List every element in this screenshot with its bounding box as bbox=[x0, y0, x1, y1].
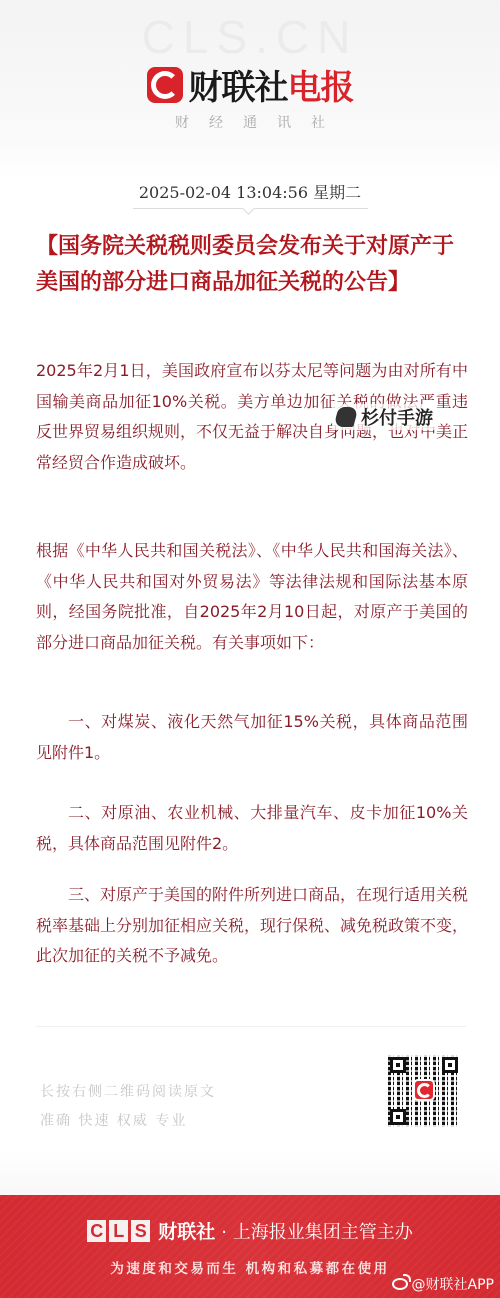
banner-brand-row: C L S 财联社 · 上海报业集团主管主办 bbox=[0, 1217, 500, 1244]
cls-letter: S bbox=[131, 1220, 150, 1242]
brand-subtitle: 财经通讯社 bbox=[0, 112, 500, 132]
qr-hint: 长按右侧二维码阅读原文 bbox=[40, 1081, 216, 1101]
article-headline: 【国务院关税税则委员会发布关于对原产于美国的部分进口商品加征关税的公告】 bbox=[36, 228, 468, 300]
brand-title: 财联社电报 bbox=[189, 60, 354, 109]
overlay-watermark-text: 杉付手游 bbox=[361, 404, 433, 430]
article-body-4: 二、对原油、农业机械、大排量汽车、皮卡加征10%关税，具体商品范围见附件2。 bbox=[36, 798, 468, 859]
article-body-3: 一、对煤炭、液化天然气加征15%关税，具体商品范围见附件1。 bbox=[36, 707, 468, 768]
banner-org: · 上海报业集团主管主办 bbox=[221, 1218, 412, 1244]
publish-datetime: 2025-02-04 13:04:56 星期二 bbox=[0, 180, 500, 203]
cls-c-logo-icon bbox=[413, 1079, 435, 1101]
brand-header: 财联社电报 bbox=[0, 60, 500, 109]
qr-code-icon[interactable] bbox=[388, 1055, 460, 1127]
cls-c-logo-icon bbox=[147, 67, 183, 103]
shanfu-logo-icon bbox=[333, 407, 358, 427]
cls-letter-logo: C L S bbox=[87, 1220, 150, 1242]
paragraph-item-3: 三、对原产于美国的附件所列进口商品，在现行适用关税税率基础上分别加征相应关税，现… bbox=[36, 880, 468, 972]
paragraph-item-1: 一、对煤炭、液化天然气加征15%关税，具体商品范围见附件1。 bbox=[36, 707, 468, 768]
article-body-5: 三、对原产于美国的附件所列进口商品，在现行适用关税税率基础上分别加征相应关税，现… bbox=[36, 880, 468, 972]
weibo-icon bbox=[392, 1278, 408, 1290]
banner-brand: 财联社 bbox=[158, 1217, 215, 1244]
weibo-handle-text: @财联社APP bbox=[412, 1274, 494, 1294]
tagline: 准确 快速 权威 专业 bbox=[40, 1110, 187, 1130]
footer-divider bbox=[36, 1026, 466, 1027]
telegraph-page: CLS.CN 财联社电报 财经通讯社 2025-02-04 13:04:56 星… bbox=[0, 0, 500, 1298]
paragraph-2: 根据《中华人民共和国关税法》、《中华人民共和国海关法》、《中华人民共和国对外贸易… bbox=[36, 536, 468, 658]
qr-finder-icon bbox=[390, 1057, 406, 1073]
paragraph-item-2: 二、对原油、农业机械、大排量汽车、皮卡加征10%关税，具体商品范围见附件2。 bbox=[36, 798, 468, 859]
brand-suffix: 电报 bbox=[288, 68, 354, 108]
divider-notch-icon bbox=[242, 202, 255, 215]
cls-letter: C bbox=[87, 1220, 106, 1242]
qr-finder-icon bbox=[442, 1057, 458, 1073]
weibo-handle[interactable]: @财联社APP bbox=[392, 1274, 494, 1294]
cls-letter: L bbox=[109, 1220, 128, 1242]
cls-watermark: CLS.CN bbox=[0, 10, 500, 64]
brand-prefix: 财联社 bbox=[189, 68, 288, 108]
qr-finder-icon bbox=[390, 1109, 406, 1125]
overlay-watermark: 杉付手游 bbox=[332, 404, 437, 430]
article-body-2: 根据《中华人民共和国关税法》、《中华人民共和国海关法》、《中华人民共和国对外贸易… bbox=[36, 536, 468, 658]
footer-banner: C L S 财联社 · 上海报业集团主管主办 为速度和交易而生 机构和私募都在使… bbox=[0, 1195, 500, 1298]
